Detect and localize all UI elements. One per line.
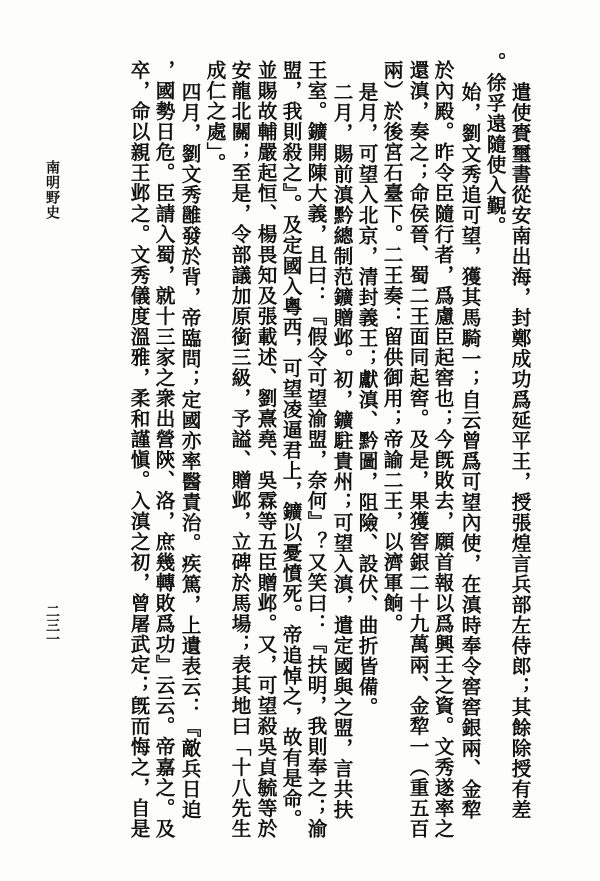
text-column-10: 盟，我則殺之』。及定國入粵西，可望凌逼君上，鑛以憂憤死。帝追悼之，故有是命。 [279,60,301,829]
column-text: 始，劉文秀追可望，獲其馬騎一；自云曾爲可望內使，在滇時奉令窖窖銀兩、金犂 [458,82,481,820]
column-text: 是月，可望入北京，清封義王；獻滇、黔圖，阻險、設伏、曲折皆備。 [355,82,378,718]
text-column-11: 並賜故輔嚴起恒、楊畏知及張載述、劉熹堯、吳霖等五臣贈邺。又，可望殺吳貞毓等於 [254,60,276,839]
column-text: 盟，我則殺之』。及定國入粵西，可望凌逼君上，鑛以憂憤死。帝追悼之，故有是命。 [279,60,302,829]
column-text: 並賜故輔嚴起恒、楊畏知及張載述、劉熹堯、吳霖等五臣贈邺。又，可望殺吳貞毓等於 [254,60,277,839]
column-text: 。徐孚遠隨使入覲。 [483,52,506,237]
column-text: 王室。鑛開陳大義，且曰：『假令可望渝盟，奈何』？又笑曰：『扶明，我則奉之；渝 [304,60,327,839]
text-column-15: ，國勢日危。臣請入蜀，就十三家之衆出營陝、洛，庶幾轉敗爲功』云云。帝嘉之。及 [152,60,174,839]
text-column-9: 王室。鑛開陳大義，且曰：『假令可望渝盟，奈何』？又笑曰：『扶明，我則奉之；渝 [304,60,326,839]
running-title: 南明野史 [42,160,62,220]
column-text: 於內殿。昨令臣隨行者，爲慮臣起窖也；今旣敗去，願首報以爲興王之資。文秀遂率之 [431,60,454,839]
column-text: ，賜前滇黔總制范鑛贈邺。初，鑛駐貴州；可望入滇，遣定國與之盟，言共扶 [330,123,353,820]
text-column-13: 成仁之處」。 [203,60,225,173]
column-text: 兩）於後宮石臺下。二王奏：留供御用；帝諭二王，以濟軍餉。 [380,60,403,634]
column-text: 成仁之處」。 [203,60,226,173]
month-heading: 四月 [178,82,201,123]
text-column-12: 安龍北關；至是，令部議加原銜三級，予謚、贈邺，立碑於馬場；表其地曰「十八先生 [228,60,250,839]
text-column-4: 於內殿。昨令臣隨行者，爲慮臣起窖也；今旣敗去，願首報以爲興王之資。文秀遂率之 [431,60,453,839]
text-column-2: 。徐孚遠隨使入覲。 [483,52,505,237]
text-column-5: 還滇，奏之；命侯晉、蜀二王面同起窖。及是，果獲窖銀二十九萬兩、金犂一（重五百 [406,60,428,839]
column-text: 遣使賚璽書從安南出海，封鄭成功爲延平王，授張煌言兵部左侍郎；其餘除授有差 [508,82,531,820]
column-text: 卒，命以親王邺之。文秀儀度溫雅，柔和謹愼。入滇之初，曾屠武定；旣而悔之，自是 [127,60,150,839]
book-page: 遣使賚璽書從安南出海，封鄭成功爲延平王，授張煌言兵部左侍郎；其餘除授有差 。徐孚… [0,0,600,881]
month-heading: 二月 [330,82,353,123]
text-column-6: 兩）於後宮石臺下。二王奏：留供御用；帝諭二王，以濟軍餉。 [380,60,402,634]
text-column-1: 遣使賚璽書從安南出海，封鄭成功爲延平王，授張煌言兵部左侍郎；其餘除授有差 [508,82,530,820]
column-text: 安龍北關；至是，令部議加原銜三級，予謚、贈邺，立碑於馬場；表其地曰「十八先生 [228,60,251,839]
text-column-14: 四月，劉文秀雝發於背，帝臨問；定國亦率醫責治。疾篤，上遺表云：『敵兵日迫 [178,82,200,820]
text-column-7: 是月，可望入北京，清封義王；獻滇、黔圖，阻險、設伏、曲折皆備。 [355,82,377,718]
text-column-16: 卒，命以親王邺之。文秀儀度溫雅，柔和謹愼。入滇之初，曾屠武定；旣而悔之，自是 [127,60,149,839]
page-number: 二三一 [42,604,62,646]
text-column-8: 二月，賜前滇黔總制范鑛贈邺。初，鑛駐貴州；可望入滇，遣定國與之盟，言共扶 [330,82,352,820]
column-text: ，劉文秀雝發於背，帝臨問；定國亦率醫責治。疾篤，上遺表云：『敵兵日迫 [178,123,201,820]
column-text: 還滇，奏之；命侯晉、蜀二王面同起窖。及是，果獲窖銀二十九萬兩、金犂一（重五百 [406,60,429,839]
text-column-3: 始，劉文秀追可望，獲其馬騎一；自云曾爲可望內使，在滇時奉令窖窖銀兩、金犂 [458,82,480,820]
column-text: ，國勢日危。臣請入蜀，就十三家之衆出營陝、洛，庶幾轉敗爲功』云云。帝嘉之。及 [152,60,175,839]
